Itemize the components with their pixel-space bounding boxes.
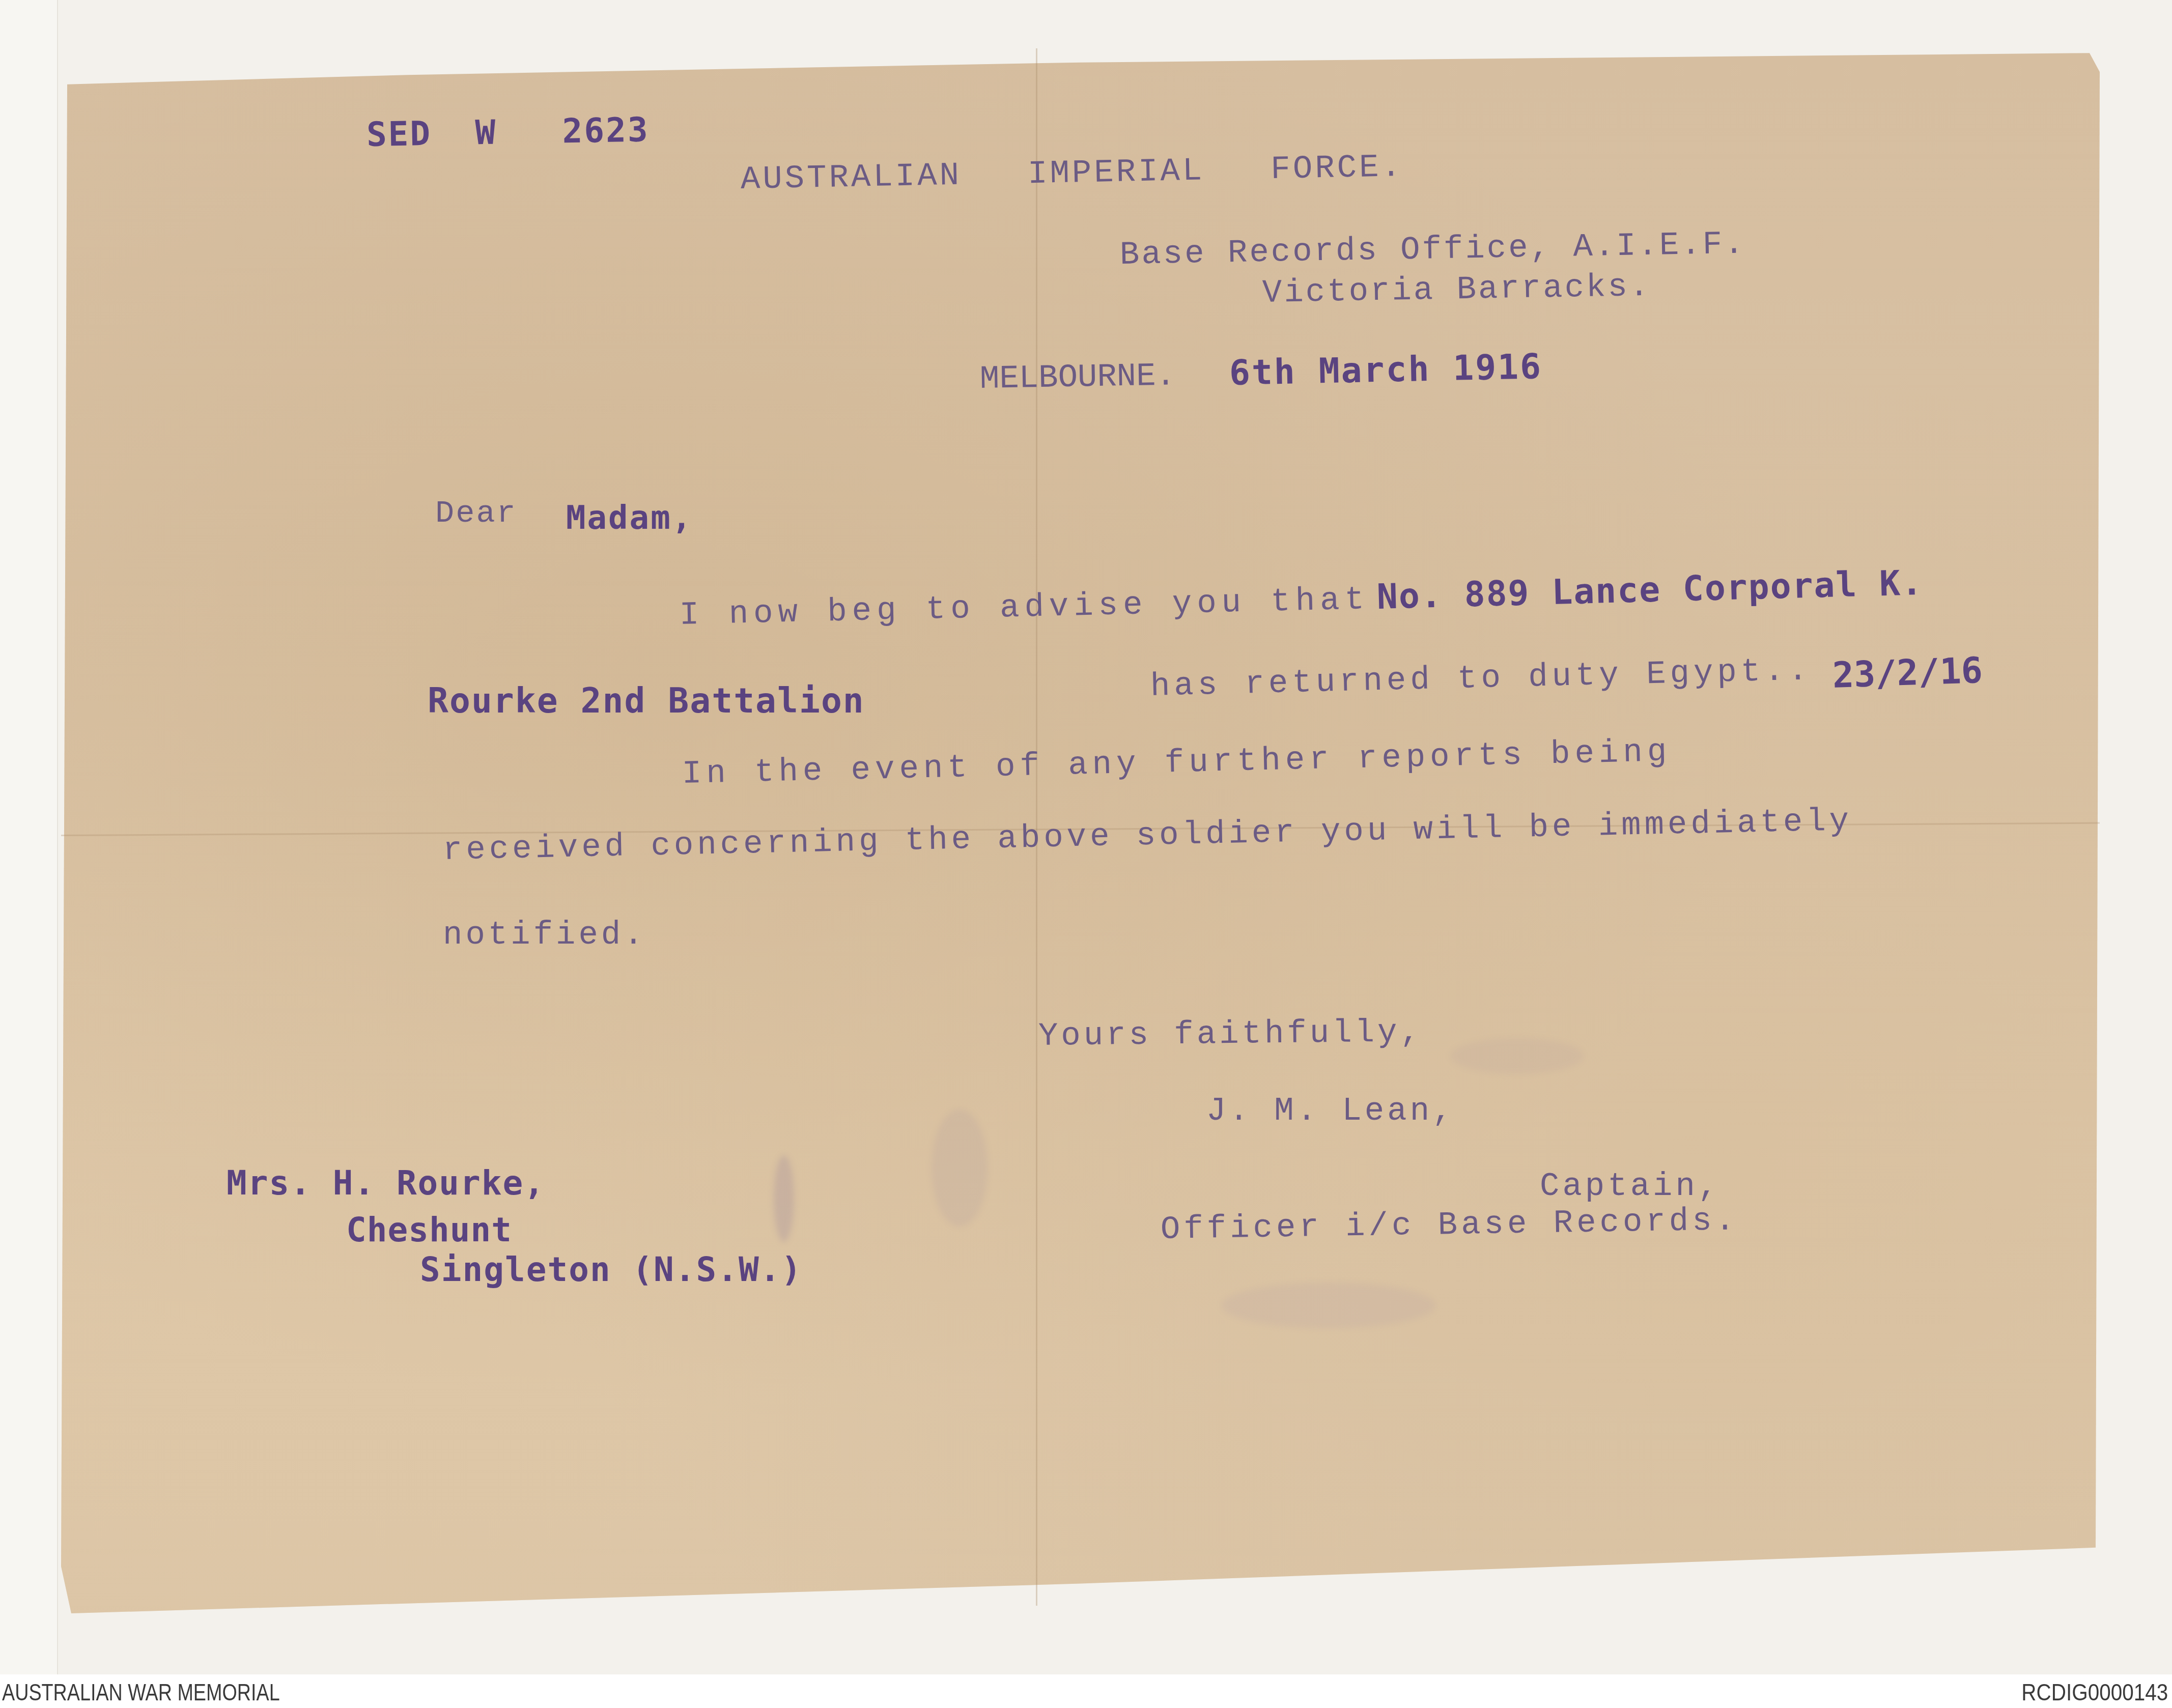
return-date: 23/2/16: [1832, 652, 1983, 693]
ink-smudge: [774, 1155, 794, 1242]
recipient-town: Singleton (N.S.W.): [420, 1253, 802, 1287]
scanner-edge-strip: [0, 0, 58, 1674]
faded-stamp: [1451, 1038, 1583, 1074]
item-id-label: RCDIG0000143: [2021, 1678, 2168, 1706]
institution-label: AUSTRALIAN WAR MEMORIAL: [2, 1678, 280, 1706]
archive-footer: [0, 1674, 2172, 1708]
body-line5: notified.: [443, 919, 646, 952]
soldier-name-unit: Rourke 2nd Battalion: [428, 684, 865, 719]
letter-date: 6th March 1916: [1229, 350, 1542, 391]
office-address-line2: Victoria Barracks.: [1262, 271, 1651, 310]
recipient-name: Mrs. H. Rourke,: [227, 1166, 545, 1200]
salutation-prefix: Dear: [435, 498, 517, 529]
closing: Yours faithfully,: [1038, 1016, 1423, 1053]
ink-smudge: [932, 1109, 988, 1227]
signatory-rank: Captain,: [1540, 1171, 1720, 1203]
reference-number: SED W 2623: [366, 113, 650, 152]
letter-place: MELBOURNE.: [979, 360, 1175, 396]
signatory-title: Officer i/c Base Records.: [1160, 1205, 1738, 1246]
recipient-locality: Cheshunt: [346, 1213, 512, 1247]
faded-stamp: [1222, 1283, 1435, 1328]
signatory-name: J. M. Lean,: [1206, 1095, 1455, 1128]
salutation-name: Madam,: [566, 502, 693, 534]
